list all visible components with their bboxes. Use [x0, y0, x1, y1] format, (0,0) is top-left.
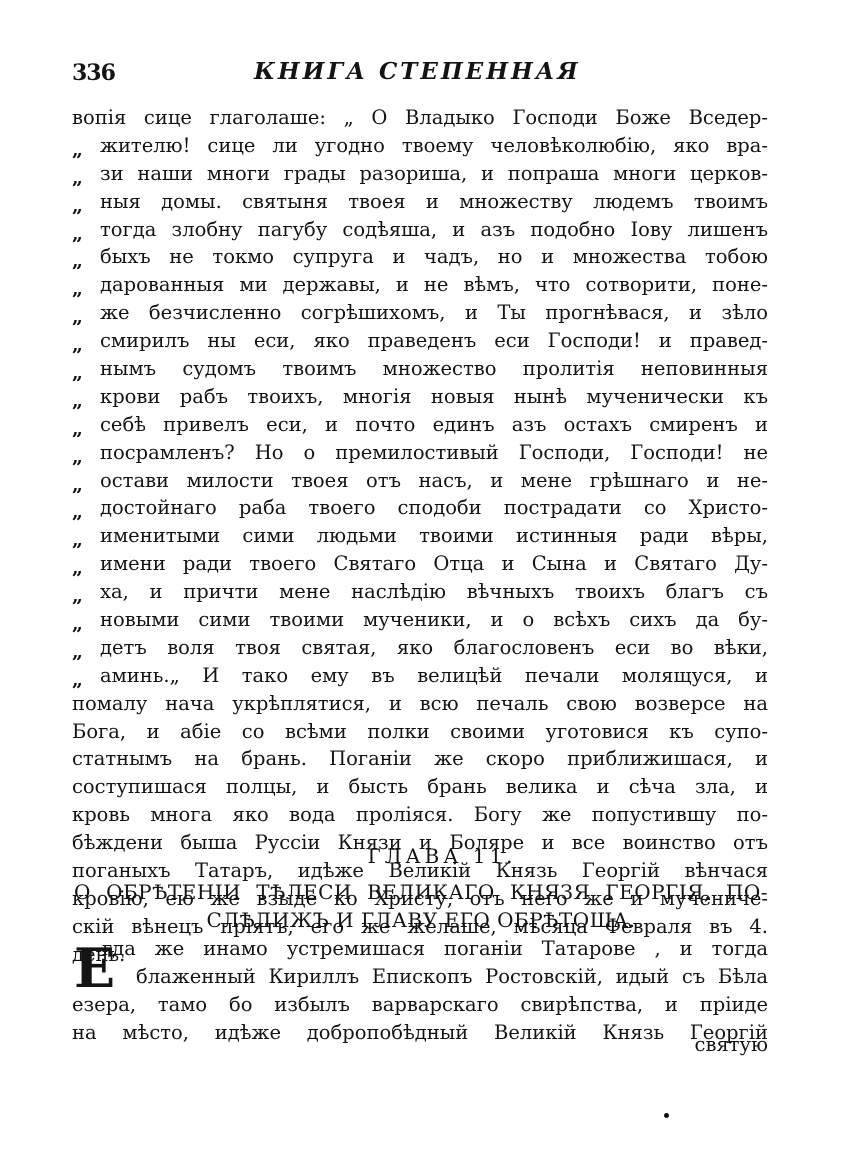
running-head: 336 КНИГА СТЕПЕННАЯ: [72, 58, 772, 88]
ink-speck: [664, 1113, 669, 1118]
text-line: „достойнаго раба твоего сподоби пострада…: [72, 494, 768, 522]
text-line: блаженный Кириллъ Епископъ Ростовскiй, и…: [72, 963, 768, 991]
book-title: КНИГА СТЕПЕННАЯ: [254, 58, 581, 85]
paragraph-prayer: вопiя сице глаголаше: „ О Владыко Господ…: [72, 104, 768, 969]
text-line: „смирилъ ны еси, яко праведенъ еси Госпо…: [72, 327, 768, 355]
text-line: „аминь.„ И тако ему въ велицѣй печали мо…: [72, 662, 768, 690]
chapter-title-line: О ОБРѢТЕНIИ ТѢЛЕСИ ВЕЛИКАГО КНЯЗЯ ГЕОРГI…: [74, 878, 768, 906]
text-line: „же безчисленно согрѣшихомъ, и Ты прогнѣ…: [72, 299, 768, 327]
text-line: „ха, и причти мене наслѣдiю вѣчныхъ твои…: [72, 578, 768, 606]
text-line: „остави милости твоея отъ насъ, и мене г…: [72, 467, 768, 495]
text-line: помалу нача укрѣплятися, и всю печаль св…: [72, 690, 768, 718]
text-line: „ныя домы. святыня твоея и множеству люд…: [72, 188, 768, 216]
text-line: гда же инамо устремишася поганiи Татаров…: [72, 935, 768, 963]
text-line: „дарованныя ми державы, и не вѣмъ, что с…: [72, 271, 768, 299]
text-line: „жителю! сице ли угодно твоему человѣкол…: [72, 132, 768, 160]
chapter-title: О ОБРѢТЕНIИ ТѢЛЕСИ ВЕЛИКАГО КНЯЗЯ ГЕОРГI…: [74, 878, 768, 934]
text-line: статнымъ на брань. Поганiи же скоро приб…: [72, 745, 768, 773]
text-line: кровь многа яко вода пролiяся. Богу же п…: [72, 801, 768, 829]
text-line: соступишася полцы, и бысть брань велика …: [72, 773, 768, 801]
text-line: „детъ воля твоя святая, яко благословенъ…: [72, 634, 768, 662]
text-line: „посрамленъ? Но о премилостивый Господи,…: [72, 439, 768, 467]
text-line: „имени ради твоего Святаго Отца и Сына и…: [72, 550, 768, 578]
text-line: „именитыми сими людьми твоими истинныя р…: [72, 522, 768, 550]
catchword: святую: [695, 1033, 768, 1056]
text-line: „нымъ судомъ твоимъ множество пролитiя н…: [72, 355, 768, 383]
text-line: „быхъ не токмо супруга и чадъ, но и множ…: [72, 243, 768, 271]
text-line: „тогда злобну пагубу содѣяша, и азъ подо…: [72, 216, 768, 244]
paragraph-chapter-body: Е гда же инамо устремишася поганiи Татар…: [72, 935, 768, 1047]
chapter-label: ГЛАВА 11.: [0, 844, 854, 868]
text-line: на мѣсто, идѣже добропобѣдный Великiй Кн…: [72, 1019, 768, 1047]
text-line: „себѣ привелъ еси, и почто единъ азъ ост…: [72, 411, 768, 439]
text-line: езера, тамо бо избылъ варварскаго свирѣп…: [72, 991, 768, 1019]
chapter-title-line: СЛѢДИЖЪ И ГЛАВУ ЕГО ОБРѢТОША.: [74, 906, 768, 934]
book-page: 336 КНИГА СТЕПЕННАЯ вопiя сице глаголаше…: [0, 0, 854, 1150]
text-line: „новыми сими твоими мученики, и о всѣхъ …: [72, 606, 768, 634]
text-line: Бога, и абiе со всѣми полки своими угото…: [72, 718, 768, 746]
page-number: 336: [72, 60, 115, 86]
text-line: „зи наши многи грады разориша, и попраша…: [72, 160, 768, 188]
text-line: вопiя сице глаголаше: „ О Владыко Господ…: [72, 104, 768, 132]
text-line: „крови рабъ твоихъ, многiя новыя нынѣ му…: [72, 383, 768, 411]
